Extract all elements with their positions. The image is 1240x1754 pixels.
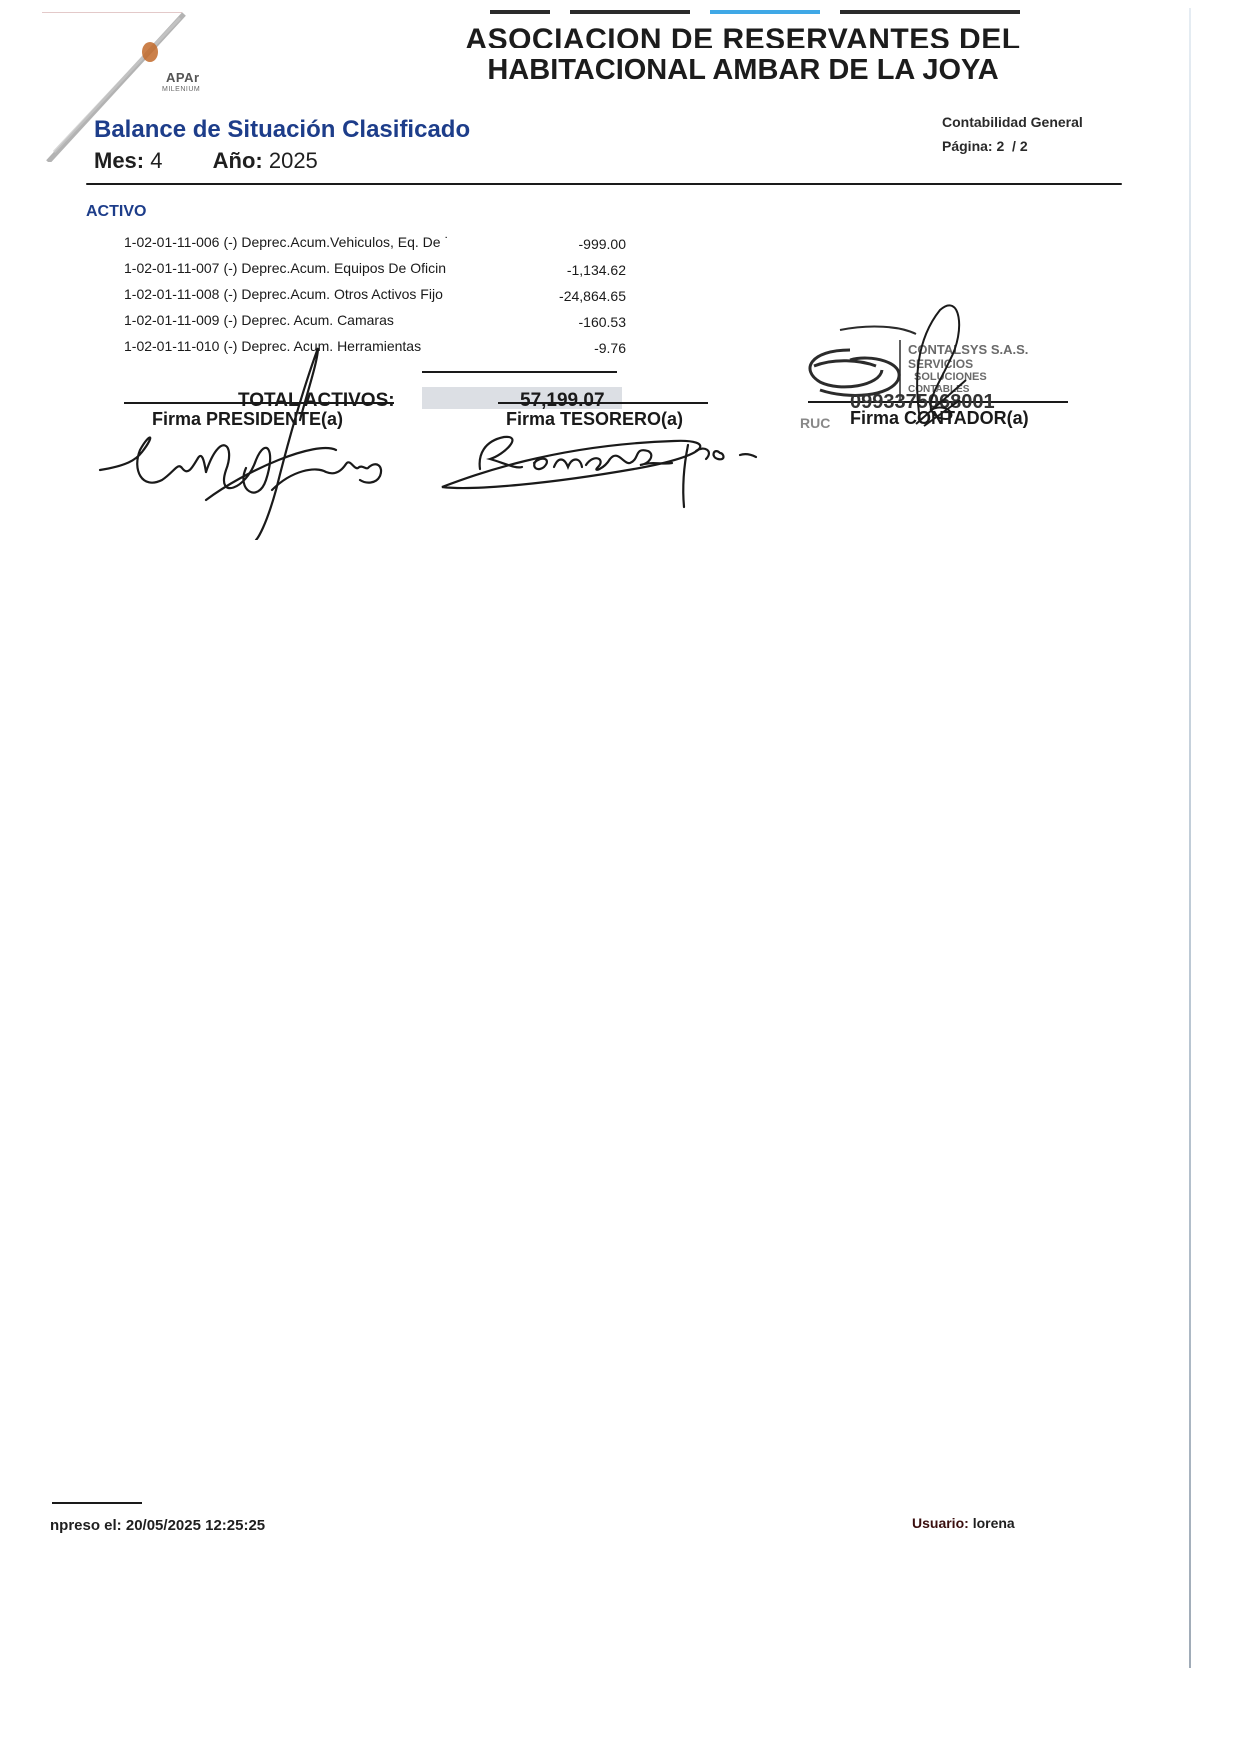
account-row: 1-02-01-11-006(-) Deprec.Acum.Vehiculos,… <box>124 230 624 256</box>
account-description: (-) Deprec.Acum. Otros Activos Fijo <box>223 286 442 302</box>
treasurer-signature-line <box>498 402 708 404</box>
report-period: Mes: 4 Año: 2025 <box>94 148 318 174</box>
svg-text:CONTALSYS S.A.S.: CONTALSYS S.A.S. <box>908 342 1028 357</box>
page-total: 2 <box>1020 138 1028 154</box>
page-current: 2 <box>996 138 1004 154</box>
svg-text:RUC: RUC <box>800 415 830 431</box>
account-row: 1-02-01-11-007(-) Deprec.Acum. Equipos D… <box>124 256 624 282</box>
account-code: 1-02-01-11-008 <box>124 286 219 302</box>
svg-text:0993375068001: 0993375068001 <box>850 391 995 413</box>
account-code: 1-02-01-11-006 <box>124 234 219 250</box>
document-page: APAr MILENIUM ASOCIACION DE RESERVANTES … <box>0 0 1240 1754</box>
footer-rule <box>52 1502 142 1504</box>
logo-text: APAr <box>166 70 200 85</box>
report-user: Usuario: lorena <box>912 1515 1015 1531</box>
account-amount: -160.53 <box>579 314 626 330</box>
logo-subtext: MILENIUM <box>162 86 200 93</box>
printed-timestamp: 20/05/2025 12:25:25 <box>126 1517 265 1534</box>
subtotal-rule <box>422 371 617 373</box>
account-amount: -24,864.65 <box>559 288 626 304</box>
svg-text:SOLUCIONES: SOLUCIONES <box>914 371 987 383</box>
cropped-title-line <box>380 0 1100 22</box>
treasurer-signature-icon <box>434 425 774 515</box>
page-label: Página: <box>942 138 993 154</box>
account-description: (-) Deprec.Acum.Vehiculos, Eq. De ˙ <box>223 234 449 250</box>
printed-label: npreso el: <box>50 1517 122 1534</box>
month-value: 4 <box>150 148 162 173</box>
account-code: 1-02-01-11-009 <box>124 312 219 328</box>
account-amount: -9.76 <box>594 340 626 356</box>
account-row: 1-02-01-11-009(-) Deprec. Acum. Camaras … <box>124 308 624 334</box>
module-name: Contabilidad General <box>942 114 1083 130</box>
report-meta: Contabilidad General Página: 2 / 2 <box>942 114 1083 154</box>
section-label-activo: ACTIVO <box>86 203 146 221</box>
year-value: 2025 <box>269 148 318 173</box>
year-label: Año: <box>213 148 263 173</box>
user-label: Usuario: <box>912 1515 969 1531</box>
account-description: (-) Deprec. Acum. Camaras <box>223 312 393 328</box>
page-separator: / <box>1012 138 1016 154</box>
account-amount: -1,134.62 <box>567 262 626 278</box>
month-label: Mes: <box>94 148 144 173</box>
president-signature-icon <box>96 340 396 540</box>
account-amount: -999.00 <box>579 236 626 252</box>
scan-page-edge <box>1189 8 1191 1668</box>
account-description: (-) Deprec.Acum. Equipos De Oficin <box>223 260 446 276</box>
header-divider <box>86 183 1122 185</box>
organization-name-line2: HABITACIONAL AMBAR DE LA JOYA <box>378 54 1108 87</box>
account-row: 1-02-01-11-008(-) Deprec.Acum. Otros Act… <box>124 282 624 308</box>
organization-name-line1: ASOCIACION DE RESERVANTES DEL CONJUNTO <box>378 22 1108 48</box>
page-indicator: Página: 2 / 2 <box>942 138 1083 154</box>
printed-on: npreso el: 20/05/2025 12:25:25 <box>50 1517 265 1534</box>
user-value: lorena <box>973 1515 1015 1531</box>
accountant-stamp-icon: CONTALSYS S.A.S. SERVICIOS SOLUCIONES CO… <box>790 300 1070 440</box>
report-title: Balance de Situación Clasificado <box>94 116 470 144</box>
account-code: 1-02-01-11-007 <box>124 260 219 276</box>
